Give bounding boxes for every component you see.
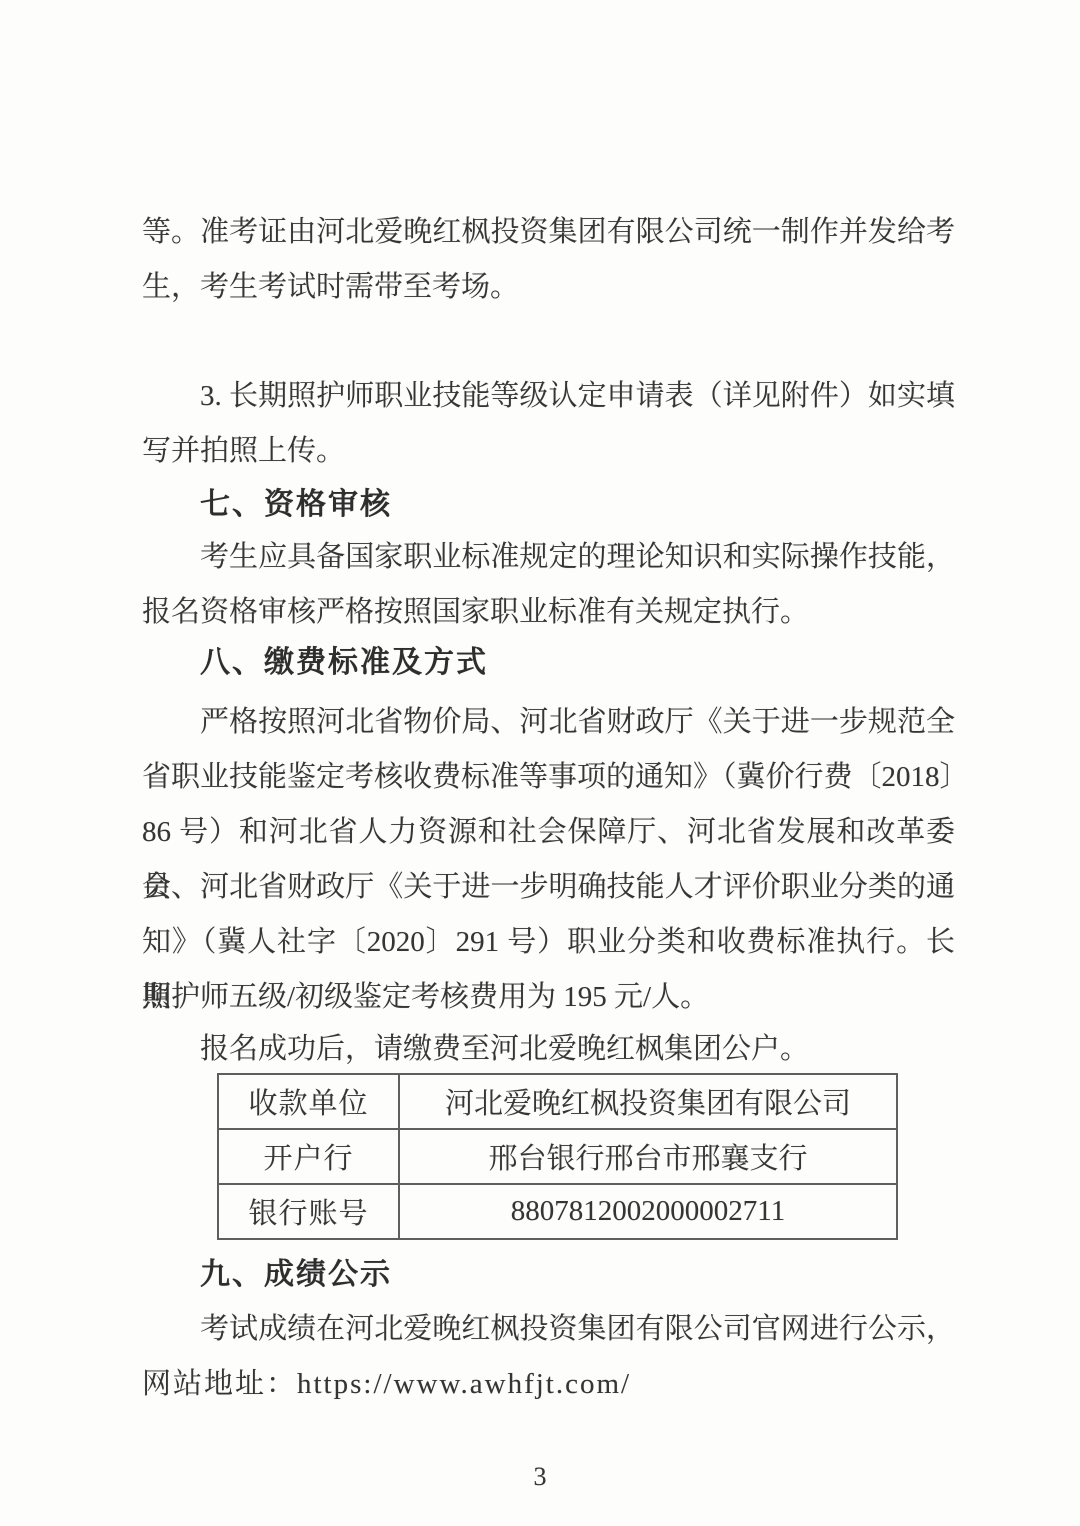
payment-account-table: 收款单位 河北爱晚红枫投资集团有限公司 开户行 邢台银行邢台市邢襄支行 银行账号… bbox=[217, 1073, 898, 1240]
section-heading-score-publicity: 九、成绩公示 bbox=[200, 1247, 392, 1302]
section-heading-payment-standard: 八、缴费标准及方式 bbox=[200, 635, 488, 690]
paragraph-line: 会、河北省财政厅《关于进一步明确技能人才评价职业分类的通 bbox=[142, 860, 955, 915]
table-row: 收款单位 河北爱晚红枫投资集团有限公司 bbox=[218, 1074, 897, 1129]
paragraph-line: 严格按照河北省物价局、河北省财政厅《关于进一步规范全 bbox=[142, 695, 955, 750]
website-url-line: 网站地址：https://www.awhfjt.com/ bbox=[142, 1357, 955, 1412]
paragraph-line: 3. 长期照护师职业技能等级认定申请表（详见附件）如实填 bbox=[142, 369, 955, 424]
cell-payee-label: 收款单位 bbox=[218, 1074, 399, 1129]
paragraph-line: 写并拍照上传。 bbox=[142, 424, 955, 479]
section-heading-qualification-review: 七、资格审核 bbox=[200, 477, 392, 532]
paragraph-line: 86 号）和河北省人力资源和社会保障厅、河北省发展和改革委员 bbox=[142, 805, 955, 860]
paragraph-line: 省职业技能鉴定考核收费标准等事项的通知》（冀价行费〔2018〕 bbox=[142, 750, 955, 805]
cell-account-value: 8807812002000002711 bbox=[399, 1184, 897, 1239]
table-row: 开户行 邢台银行邢台市邢襄支行 bbox=[218, 1129, 897, 1184]
paragraph-line: 等。准考证由河北爱晚红枫投资集团有限公司统一制作并发给考 bbox=[142, 205, 955, 260]
cell-payee-value: 河北爱晚红枫投资集团有限公司 bbox=[399, 1074, 897, 1129]
paragraph-line: 考生应具备国家职业标准规定的理论知识和实际操作技能， bbox=[142, 530, 955, 585]
paragraph-line: 照护师五级/初级鉴定考核费用为 195 元/人。 bbox=[142, 970, 955, 1025]
paragraph-line: 报名成功后，请缴费至河北爱晚红枫集团公户。 bbox=[142, 1022, 955, 1077]
document-page: 等。准考证由河北爱晚红枫投资集团有限公司统一制作并发给考 生，考生考试时需带至考… bbox=[0, 0, 1080, 1526]
cell-bank-value: 邢台银行邢台市邢襄支行 bbox=[399, 1129, 897, 1184]
paragraph-line: 报名资格审核严格按照国家职业标准有关规定执行。 bbox=[142, 585, 955, 640]
paragraph-line: 考试成绩在河北爱晚红枫投资集团有限公司官网进行公示， bbox=[142, 1302, 955, 1357]
page-number: 3 bbox=[0, 1462, 1080, 1492]
paragraph-line: 生，考生考试时需带至考场。 bbox=[142, 260, 955, 315]
paragraph-line: 知》（冀人社字〔2020〕291 号）职业分类和收费标准执行。长期 bbox=[142, 915, 955, 970]
table-row: 银行账号 8807812002000002711 bbox=[218, 1184, 897, 1239]
cell-account-label: 银行账号 bbox=[218, 1184, 399, 1239]
cell-bank-label: 开户行 bbox=[218, 1129, 399, 1184]
